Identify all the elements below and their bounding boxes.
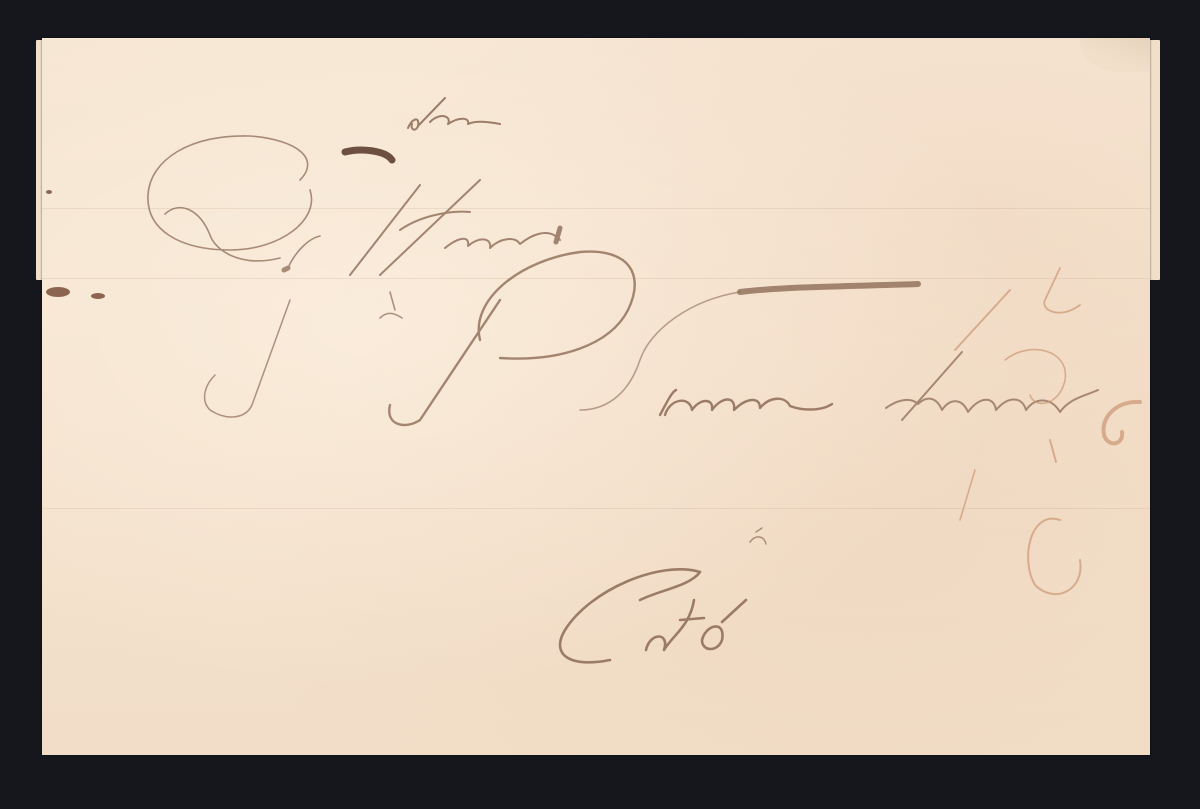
fold-line bbox=[42, 208, 1150, 209]
fold-line bbox=[42, 278, 1150, 279]
fold-line bbox=[42, 508, 1150, 509]
folded-corner bbox=[1080, 38, 1150, 72]
cover-scan: Aan De Heer J. P. Fauvé Luzitani à Cato … bbox=[0, 0, 1200, 809]
letter-sheet bbox=[42, 38, 1150, 755]
